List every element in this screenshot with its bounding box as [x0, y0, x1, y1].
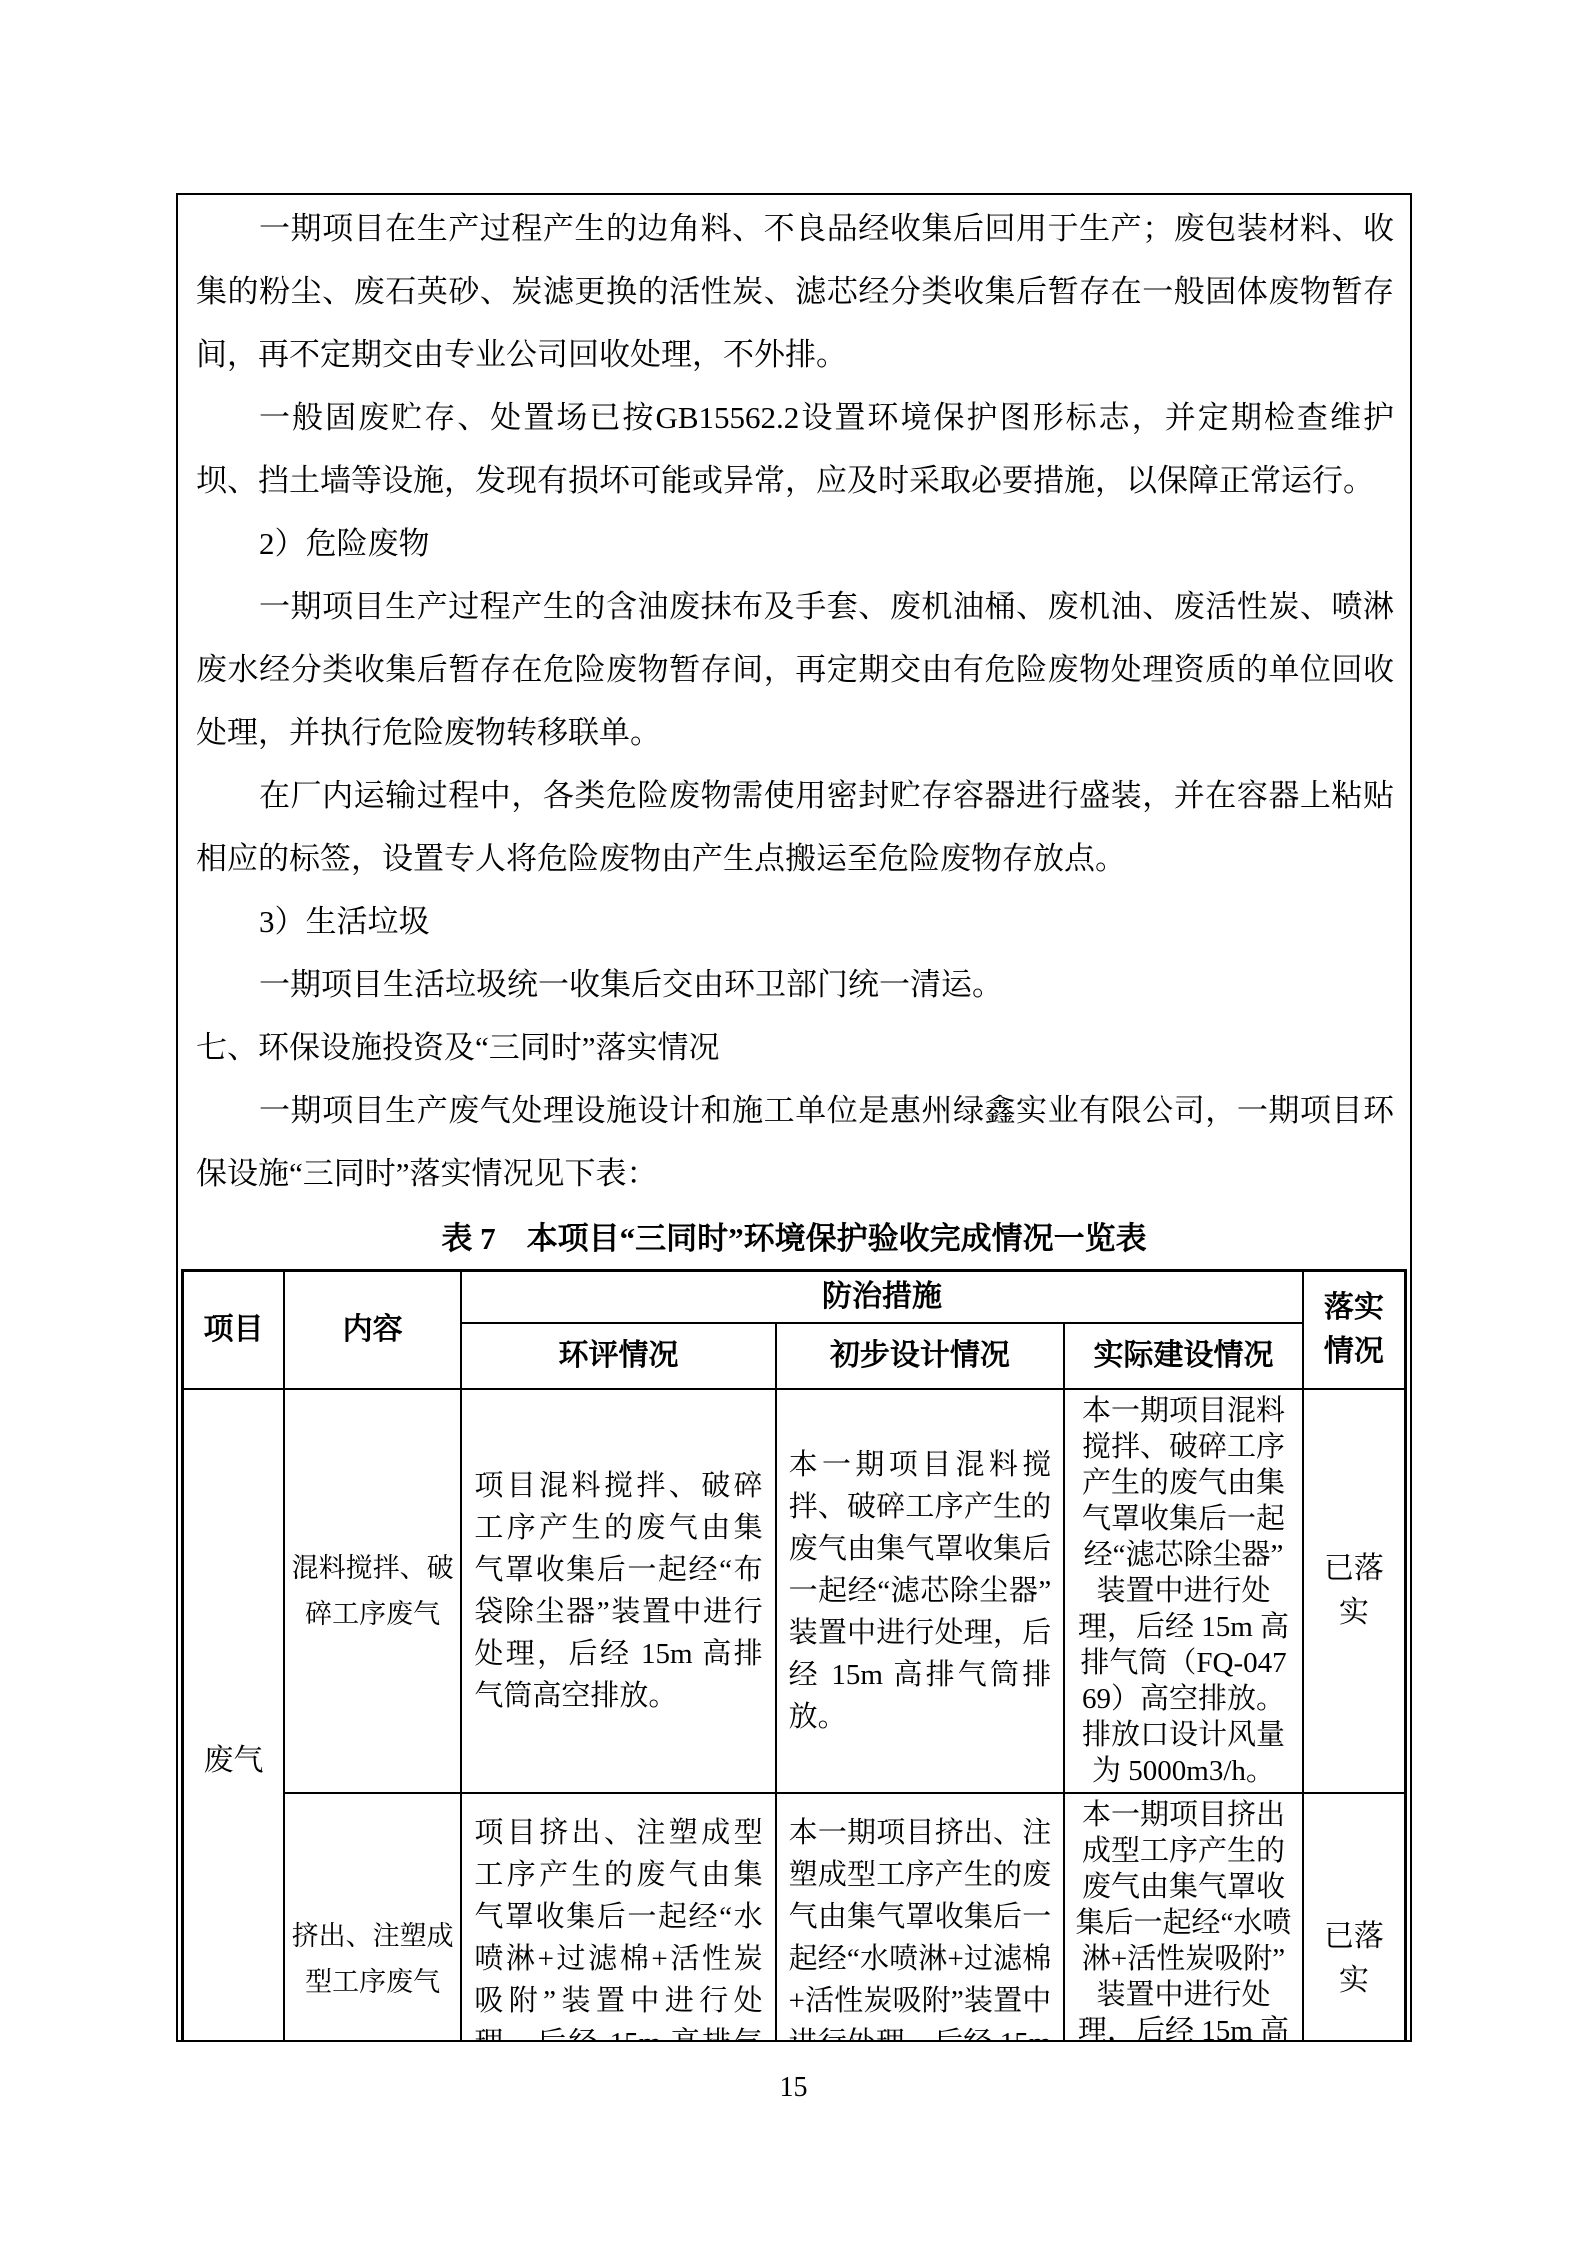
- cell-actual-row1: 本一期项目混料搅拌、破碎工序产生的废气由集气罩收集后一起经“滤芯除尘器”装置中进…: [1064, 1389, 1302, 1793]
- paragraph-general-waste-storage: 一般固废贮存、处置场已按GB15562.2设置环境保护图形标志，并定期检查维护坝…: [196, 386, 1394, 512]
- heading-domestic-garbage: 3）生活垃圾: [196, 890, 1394, 953]
- col-header-status: 落实情况: [1303, 1271, 1406, 1389]
- table-title: 表 7 本项目“三同时”环境保护验收完成情况一览表: [178, 1215, 1410, 1263]
- heading-hazardous-waste: 2）危险废物: [196, 512, 1394, 575]
- table-row: 挤出、注塑成型工序废气 项目挤出、注塑成型工序产生的废气由集气罩收集后一起经“水…: [183, 1793, 1406, 2043]
- paragraph-hazardous-waste: 一期项目生产过程产生的含油废抹布及手套、废机油桶、废机油、废活性炭、喷淋废水经分…: [196, 575, 1394, 764]
- col-header-measures: 防治措施: [461, 1271, 1302, 1323]
- cell-status-row2: 已落实: [1303, 1793, 1406, 2043]
- cell-actual-row2: 本一期项目挤出成型工序产生的废气由集气罩收集后一起经“水喷淋+活性炭吸附”装置中…: [1064, 1793, 1302, 2043]
- content-border-box: 一期项目在生产过程产生的边角料、不良品经收集后回用于生产；废包装材料、收集的粉尘…: [176, 193, 1412, 2042]
- col-header-eia: 环评情况: [461, 1323, 775, 1389]
- paragraph-domestic-garbage: 一期项目生活垃圾统一收集后交由环卫部门统一清运。: [196, 953, 1394, 1016]
- three-simultaneous-table: 项目 内容 防治措施 落实情况 环评情况 初步设计情况 实际建设情况 废气 混料…: [181, 1269, 1407, 2042]
- cell-design-row1: 本一期项目混料搅拌、破碎工序产生的废气由集气罩收集后一起经“滤芯除尘器”装置中进…: [776, 1389, 1065, 1793]
- cell-design-row2: 本一期项目挤出、注塑成型工序产生的废气由集气罩收集后一起经“水喷淋+过滤棉+活性…: [776, 1793, 1065, 2043]
- table-row: 废气 混料搅拌、破碎工序废气 项目混料搅拌、破碎工序产生的废气由集气罩收集后一起…: [183, 1389, 1406, 1793]
- col-header-project: 项目: [183, 1271, 285, 1389]
- table-wrapper: 项目 内容 防治措施 落实情况 环评情况 初步设计情况 实际建设情况 废气 混料…: [181, 1269, 1407, 2042]
- table-header-row-1: 项目 内容 防治措施 落实情况: [183, 1271, 1406, 1323]
- cell-project-waste-gas: 废气: [183, 1389, 285, 2043]
- col-header-design: 初步设计情况: [776, 1323, 1065, 1389]
- col-header-content: 内容: [284, 1271, 461, 1389]
- col-header-actual: 实际建设情况: [1064, 1323, 1302, 1389]
- document-page: { "doc": { "paragraphs": { "p1": "一期项目在生…: [0, 0, 1587, 2245]
- page-number: 15: [0, 2072, 1587, 2104]
- cell-eia-row1: 项目混料搅拌、破碎工序产生的废气由集气罩收集后一起经“布袋除尘器”装置中进行处理…: [461, 1389, 775, 1793]
- cell-status-row1: 已落实: [1303, 1389, 1406, 1793]
- section-heading-seven: 七、环保设施投资及“三同时”落实情况: [196, 1016, 1394, 1079]
- cell-content-extrusion-injection: 挤出、注塑成型工序废气: [284, 1793, 461, 2043]
- paragraph-transport: 在厂内运输过程中，各类危险废物需使用密封贮存容器进行盛装，并在容器上粘贴相应的标…: [196, 764, 1394, 890]
- cell-content-mixing-crushing: 混料搅拌、破碎工序废气: [284, 1389, 461, 1793]
- paragraph-solid-waste-reuse: 一期项目在生产过程产生的边角料、不良品经收集后回用于生产；废包装材料、收集的粉尘…: [196, 197, 1394, 386]
- cell-eia-row2: 项目挤出、注塑成型工序产生的废气由集气罩收集后一起经“水喷淋+过滤棉+活性炭吸附…: [461, 1793, 775, 2043]
- paragraph-epc-intro: 一期项目生产废气处理设施设计和施工单位是惠州绿鑫实业有限公司，一期项目环保设施“…: [196, 1079, 1394, 1205]
- body-text: 一期项目在生产过程产生的边角料、不良品经收集后回用于生产；废包装材料、收集的粉尘…: [178, 195, 1410, 1205]
